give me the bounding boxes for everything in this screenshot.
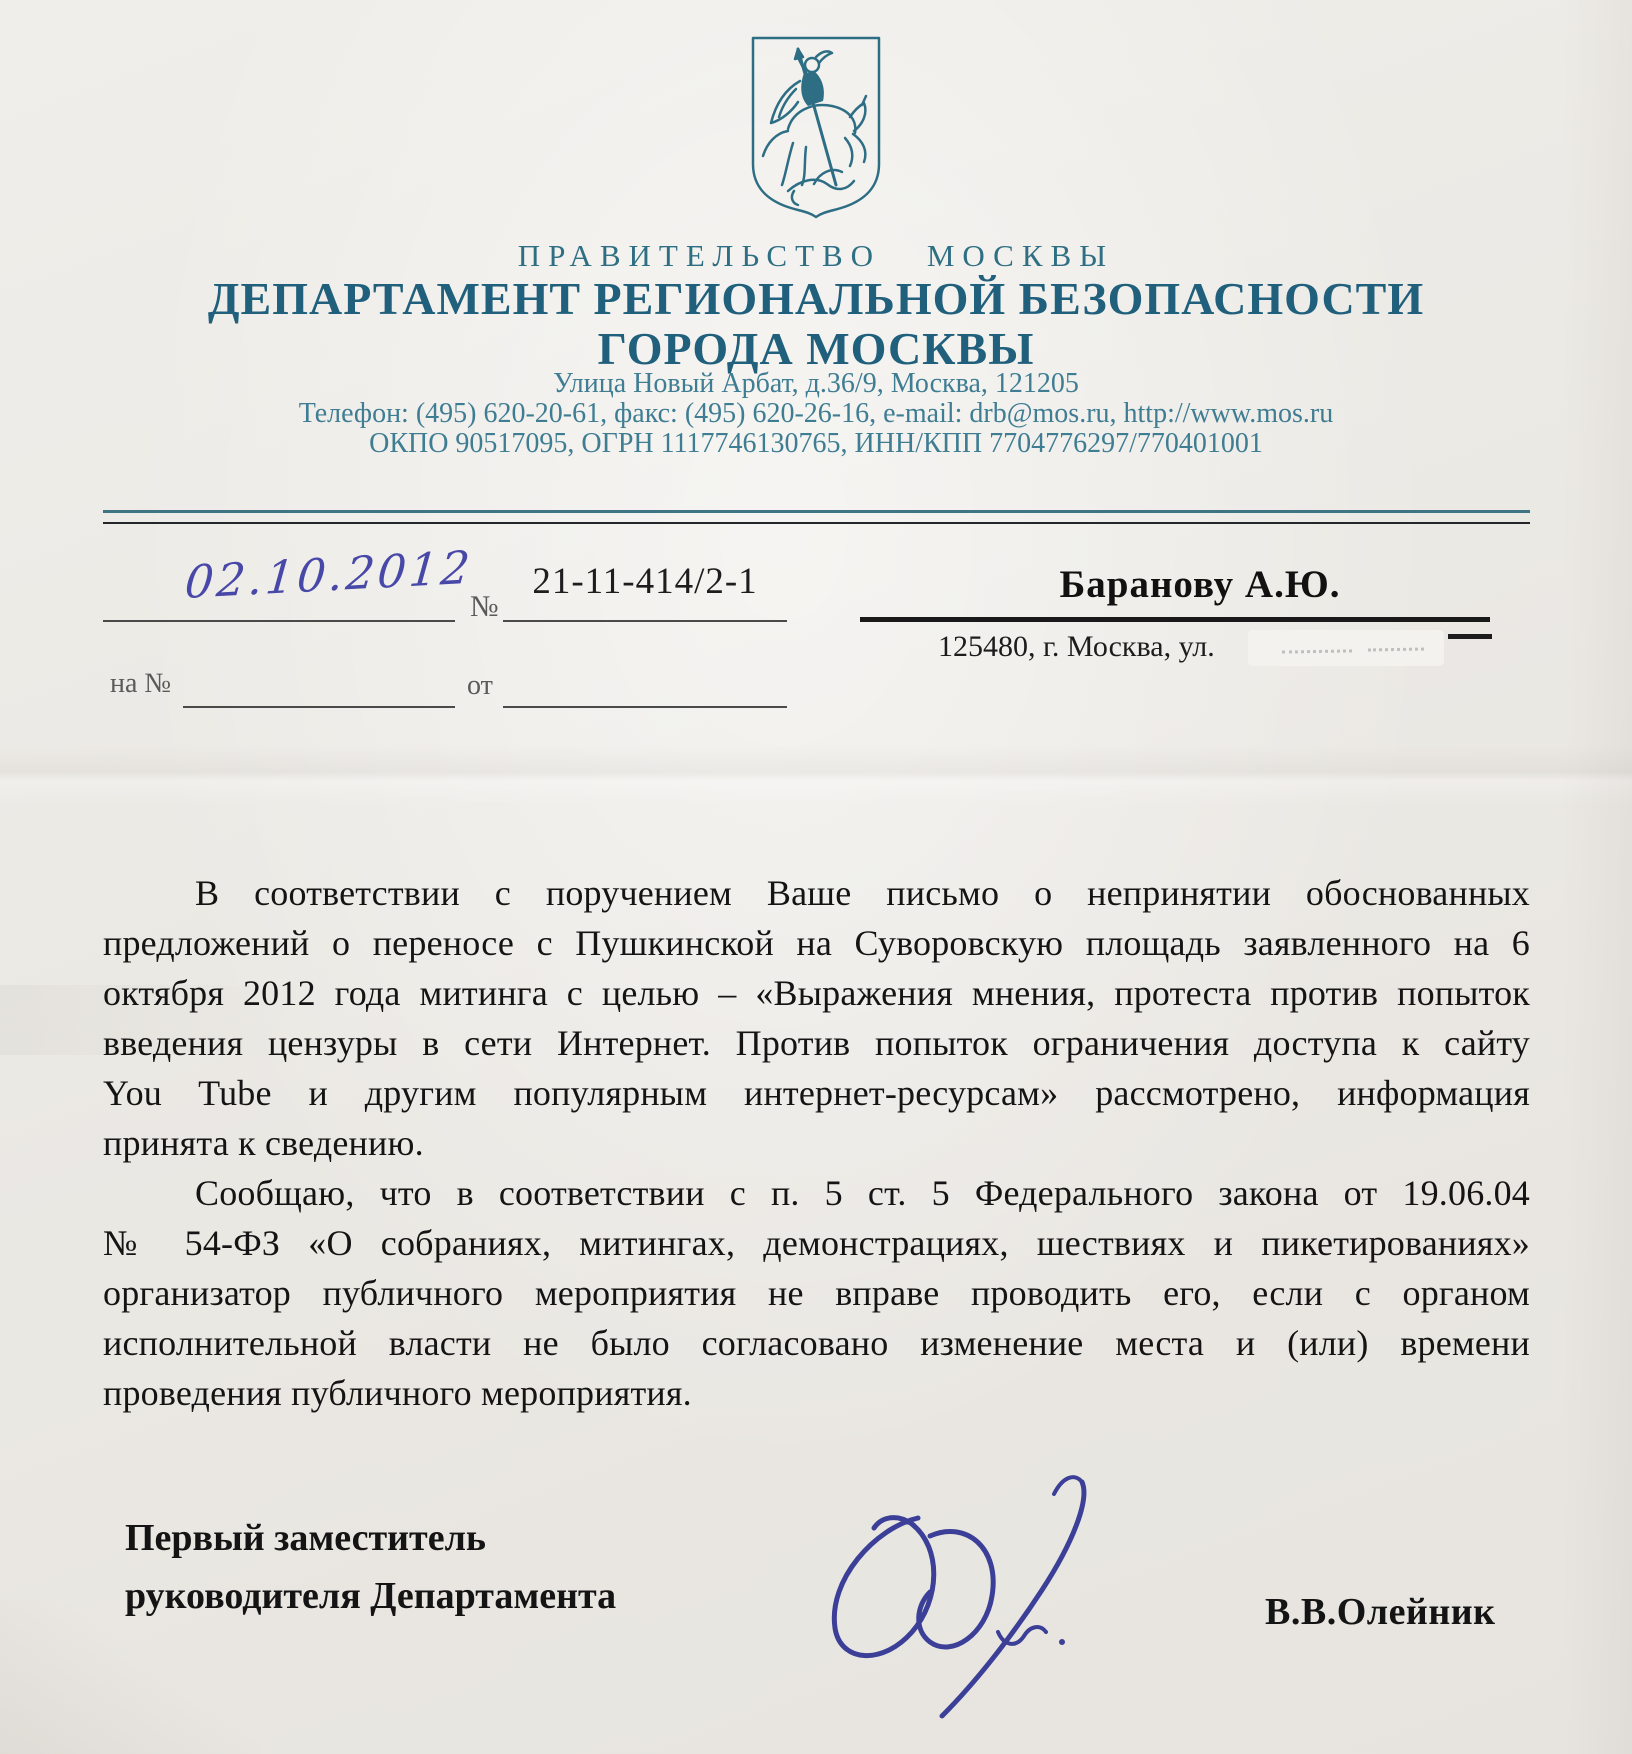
- body-line: предложений о переносе с Пушкинской на С…: [103, 918, 1530, 968]
- from-label: от: [467, 670, 493, 702]
- body-line: октября 2012 года митинга с целью – «Выр…: [103, 968, 1530, 1018]
- recipient-address: 125480, г. Москва, ул.: [938, 630, 1215, 664]
- address-line-fragment: [1448, 634, 1492, 639]
- signer-title-line2: руководителя Департамента: [125, 1574, 616, 1618]
- moscow-coat-of-arms-icon: [746, 33, 886, 221]
- signer-title-line1: Первый заместитель: [125, 1516, 486, 1560]
- outgoing-number: 21-11-414/2-1: [503, 560, 787, 603]
- body-line: исполнительной власти не было согласован…: [103, 1318, 1530, 1368]
- department-name-line1: ДЕПАРТАМЕНТ РЕГИОНАЛЬНОЙ БЕЗОПАСНОСТИ: [0, 272, 1632, 325]
- body-line: организатор публичного мероприятия не вп…: [103, 1268, 1530, 1318]
- signer-name: В.В.Олейник: [1265, 1590, 1496, 1634]
- paper-crease: [0, 745, 1632, 805]
- signature-ink-icon: [790, 1420, 1150, 1720]
- body-line: принята к сведению.: [103, 1118, 1530, 1168]
- outgoing-number-underline: [503, 620, 787, 622]
- reply-ref-underline: [183, 706, 455, 708]
- date-underline: [103, 620, 455, 622]
- number-sign-label: №: [470, 590, 499, 624]
- paper-crease: [0, 1600, 260, 1754]
- body-line: В соответствии с поручением Ваше письмо …: [103, 868, 1530, 918]
- scanned-letter-page: ПРАВИТЕЛЬСТВО МОСКВЫ ДЕПАРТАМЕНТ РЕГИОНА…: [0, 0, 1632, 1754]
- handwritten-date: 02.10.2012: [183, 544, 407, 609]
- body-line: You Tube и другим популярным интернет-ре…: [103, 1068, 1530, 1118]
- body-line: проведения публичного мероприятия.: [103, 1368, 1530, 1418]
- header-divider: [103, 510, 1530, 524]
- recipient-underline: [860, 617, 1490, 622]
- postal-address-line: Улица Новый Арбат, д.36/9, Москва, 12120…: [0, 368, 1632, 400]
- body-line: введения цензуры в сети Интернет. Против…: [103, 1018, 1530, 1068]
- contact-line: Телефон: (495) 620-20-61, факс: (495) 62…: [0, 398, 1632, 430]
- body-line: № 54-ФЗ «О собраниях, митингах, демонстр…: [103, 1218, 1530, 1268]
- recipient-name: Баранову А.Ю.: [950, 562, 1450, 607]
- government-title: ПРАВИТЕЛЬСТВО МОСКВЫ: [0, 238, 1632, 274]
- reply-ref-label: на №: [110, 668, 171, 700]
- registration-line: ОКПО 90517095, ОГРН 1117746130765, ИНН/К…: [0, 428, 1632, 460]
- letter-body: В соответствии с поручением Ваше письмо …: [103, 868, 1530, 1418]
- from-underline: [503, 706, 787, 708]
- body-line: Сообщаю, что в соответствии с п. 5 ст. 5…: [103, 1168, 1530, 1218]
